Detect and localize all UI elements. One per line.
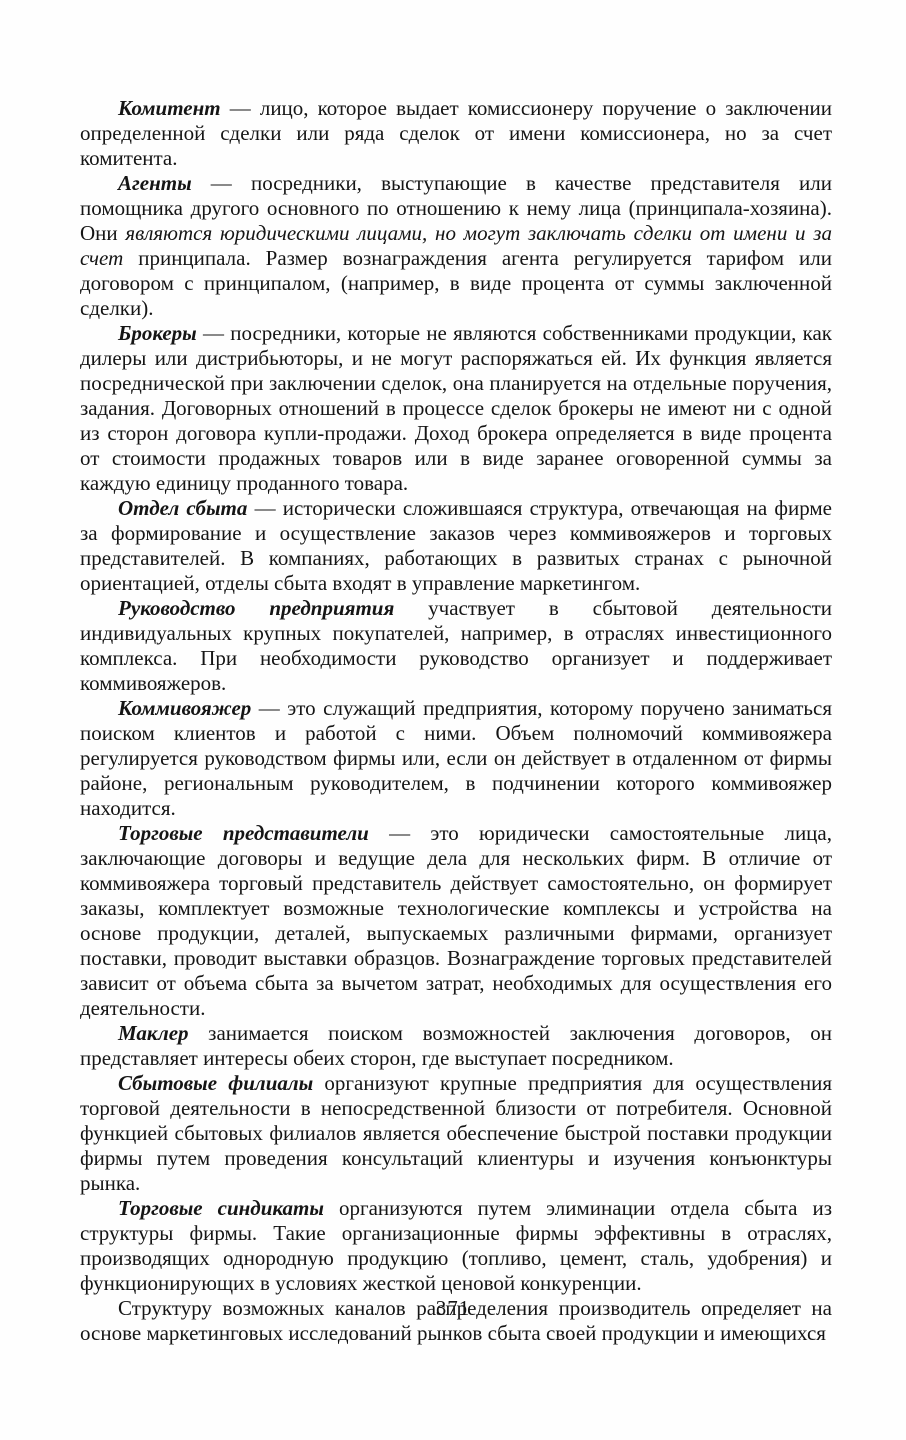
paragraph: Руководство предприятия участвует в сбыт…	[80, 596, 832, 696]
term-text: Коммивояжер	[118, 696, 251, 720]
body-text: — посредники, которые не являются собств…	[80, 321, 832, 495]
paragraph: Торговые представители — это юридически …	[80, 821, 832, 1021]
term-text: Торговые синдикаты	[118, 1196, 324, 1220]
paragraph: Торговые синдикаты организуются путем эл…	[80, 1196, 832, 1296]
term-text: Маклер	[118, 1021, 189, 1045]
term-text: Агенты	[118, 171, 192, 195]
paragraph: Отдел сбыта — исторически сложившаяся ст…	[80, 496, 832, 596]
term-text: Торговые представители	[118, 821, 369, 845]
body-text: — это юридически самостоятельные лица, з…	[80, 821, 832, 1020]
text-block: Комитент — лицо, которое выдает комиссио…	[80, 96, 832, 1346]
term-text: Брокеры	[118, 321, 197, 345]
paragraph: Агенты — посредники, выступающие в качес…	[80, 171, 832, 321]
body-text: принципала. Размер вознаграждения агента…	[80, 246, 832, 320]
paragraph: Сбытовые филиалы организуют крупные пред…	[80, 1071, 832, 1196]
paragraph: Маклер занимается поиском возможностей з…	[80, 1021, 832, 1071]
paragraph: Брокеры — посредники, которые не являютс…	[80, 321, 832, 496]
term-text: Сбытовые филиалы	[118, 1071, 313, 1095]
term-text: Комитент	[118, 96, 221, 120]
page-number: 371	[0, 1296, 906, 1321]
book-page: Комитент — лицо, которое выдает комиссио…	[0, 0, 906, 1440]
paragraph: Комитент — лицо, которое выдает комиссио…	[80, 96, 832, 171]
paragraph: Коммивояжер — это служащий предприятия, …	[80, 696, 832, 821]
term-text: Отдел сбыта	[118, 496, 247, 520]
body-text: занимается поиском возможностей заключен…	[80, 1021, 832, 1070]
term-text: Руководство предприятия	[118, 596, 394, 620]
